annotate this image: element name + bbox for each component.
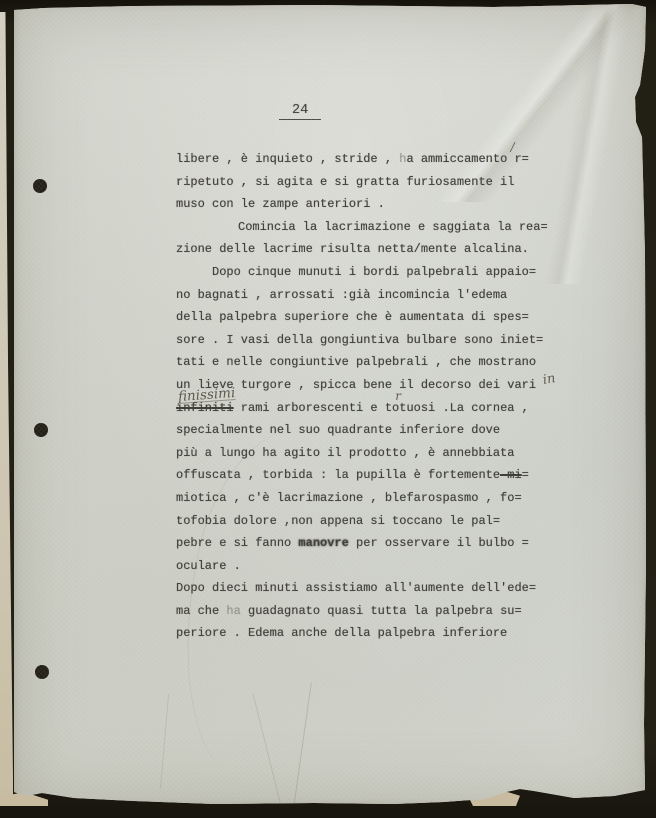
typed-text: no bagnati , arrossati :già incomincia l…	[176, 288, 507, 302]
text-line: Comincia la lacrimazione e saggiata la r…	[176, 216, 576, 239]
typed-text: ma che	[176, 604, 226, 618]
paper-scratch	[252, 694, 280, 803]
text-line: tofobia dolore ,non appena si toccano le…	[176, 510, 576, 533]
typed-text: offuscata , torbida : la pupilla è forte…	[176, 468, 500, 482]
typed-text: pebre e si fanno	[176, 536, 298, 550]
typed-text: zione delle lacrime risulta netta/mente …	[176, 242, 529, 256]
typed-text: -mi	[500, 468, 522, 482]
typed-text: miotica , c'è lacrimazione , blefarospas…	[176, 491, 522, 505]
punch-hole	[33, 179, 47, 193]
text-line: Dopo dieci minuti assistiamo all'aumente…	[176, 577, 576, 600]
typed-text: h	[399, 152, 406, 166]
body-text: libere , è inquieto , stride , ha ammicc…	[176, 148, 576, 645]
text-line: ripetuto , si agita e si gratta furiosam…	[176, 171, 576, 194]
text-line: finissimiinfiniti rami arborescenti e to…	[176, 397, 576, 420]
text-line: offuscata , torbida : la pupilla è forte…	[176, 464, 576, 487]
text-line: periore . Edema anche della palpebra inf…	[176, 622, 576, 645]
text-line: specialmente nel suo quadrante inferiore…	[176, 419, 576, 442]
text-line: miotica , c'è lacrimazione , blefarospas…	[176, 487, 576, 510]
handwritten-note: finissimi	[177, 382, 236, 409]
typed-text: ripetuto , si agita e si gratta furiosam…	[176, 175, 514, 189]
text-line: più a lungo ha agito il prodotto , è ann…	[176, 442, 576, 465]
typed-text: rami arborescenti e to	[234, 401, 400, 415]
paper-scratch	[293, 683, 312, 808]
text-line: sore . I vasi della gongiuntiva bulbare …	[176, 329, 576, 352]
typed-text: =	[522, 468, 529, 482]
text-line: Dopo cinque munuti i bordi palpebrali ap…	[176, 261, 576, 284]
text-line: tati e nelle congiuntive palpebrali , ch…	[176, 351, 576, 374]
document-page: 24 libere , è inquieto , stride , ha amm…	[14, 4, 646, 805]
typed-text: guadagnato quasi tutta la palpebra su=	[241, 604, 522, 618]
text-line: muso con le zampe anteriori .	[176, 193, 576, 216]
typed-text: della palpebra superiore che è aumentata…	[176, 310, 529, 324]
text-line: no bagnati , arrossati :già incomincia l…	[176, 284, 576, 307]
page-number: 24	[279, 103, 321, 120]
typed-text: libere , è inquieto , stride ,	[176, 152, 399, 166]
scanned-document: 24 libere , è inquieto , stride , ha amm…	[0, 0, 656, 818]
typed-text: Dopo cinque munuti i bordi palpebrali ap…	[212, 265, 536, 279]
text-line: ma che ha guadagnato quasi tutta la palp…	[176, 600, 576, 623]
text-line: della palpebra superiore che è aumentata…	[176, 306, 576, 329]
typed-text: ha	[226, 604, 240, 618]
typed-text: tuosi .La cornea ,	[399, 401, 529, 415]
typed-text: tati e nelle congiuntive palpebrali , ch…	[176, 355, 536, 369]
typed-text: periore . Edema anche della palpebra inf…	[176, 626, 507, 640]
text-line: zione delle lacrime risulta netta/mente …	[176, 238, 576, 261]
text-line: un lieve turgore , spicca bene il decors…	[176, 374, 576, 397]
typed-text: più a lungo ha agito il prodotto , è ann…	[176, 446, 514, 460]
typed-text: manovre	[298, 536, 348, 550]
punch-hole	[35, 665, 49, 679]
typed-text: tofobia dolore ,non appena si toccano le…	[176, 514, 500, 528]
paper-scratch	[160, 694, 169, 789]
text-line: pebre e si fanno manovre per osservare i…	[176, 532, 576, 555]
typed-text: Comincia la lacrimazione e saggiata la r…	[238, 220, 548, 234]
typed-text: sore . I vasi della gongiuntiva bulbare …	[176, 333, 543, 347]
typed-text: Dopo dieci minuti assistiamo all'aumente…	[176, 581, 536, 595]
text-line: libere , è inquieto , stride , ha ammicc…	[176, 148, 576, 171]
typed-text: specialmente nel suo quadrante inferiore…	[176, 423, 500, 437]
typed-text: a ammiccamento	[406, 152, 514, 166]
adjacent-page-edge	[0, 12, 13, 800]
typed-text: r=	[514, 152, 528, 166]
page-number-area: 24	[279, 100, 321, 120]
typed-text: oculare .	[176, 559, 241, 573]
typed-text: per osservare il bulbo =	[349, 536, 529, 550]
punch-hole	[34, 423, 48, 437]
typed-text: muso con le zampe anteriori .	[176, 197, 385, 211]
text-line: oculare .	[176, 555, 576, 578]
